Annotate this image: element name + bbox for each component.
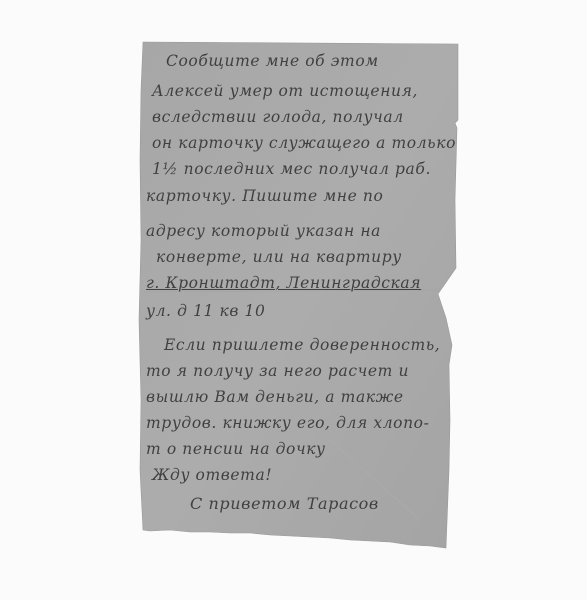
letter-line-address: ул. д 11 кв 10: [146, 302, 265, 320]
letter-body: Сообщите мне об этом Алексей умер от ист…: [0, 0, 587, 600]
letter-line: то я получу за него расчет и: [146, 362, 409, 380]
letter-line: Жду ответа!: [152, 466, 272, 484]
letter-line: он карточку служащего а только: [152, 134, 456, 152]
letter-line: т о пенсии на дочку: [146, 440, 326, 458]
letter-line: 1½ последних мес получал раб.: [152, 160, 431, 178]
letter-line: Алексей умер от истощения,: [152, 82, 418, 100]
scanned-letter-scene: Сообщите мне об этом Алексей умер от ист…: [0, 0, 587, 600]
letter-line: Сообщите мне об этом: [166, 52, 379, 70]
letter-line: Если пришлете доверенность,: [164, 336, 440, 354]
letter-line-address: г. Кронштадт, Ленинградская: [146, 274, 421, 292]
letter-line: карточку. Пишите мне по: [146, 187, 383, 205]
letter-line: вследствии голода, получал: [152, 108, 404, 126]
letter-line: трудов. книжку его, для хлопо-: [146, 414, 429, 432]
letter-line: адресу который указан на: [146, 222, 381, 240]
letter-line: вышлю Вам деньги, а также: [146, 388, 404, 406]
letter-line: конверте, или на квартиру: [156, 248, 402, 266]
letter-signature: С приветом Тарасов: [190, 494, 379, 513]
